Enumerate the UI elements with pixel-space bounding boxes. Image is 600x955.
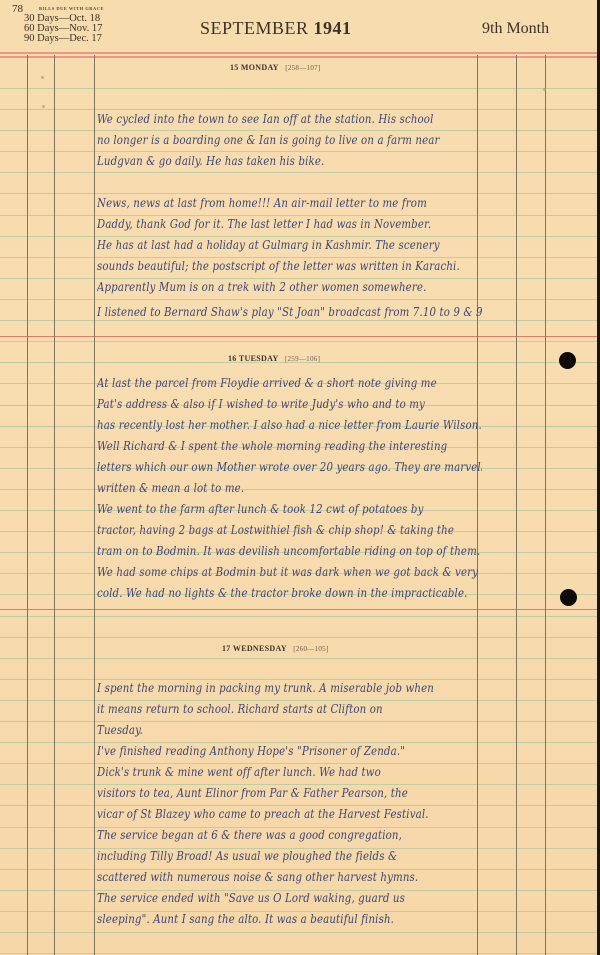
day-count: [258—107] <box>285 64 320 72</box>
entry-monday: We cycled into the town to see Ian off a… <box>97 111 482 325</box>
day-date: 16 <box>228 354 237 363</box>
binder-hole <box>560 589 577 606</box>
day-count: [260—105] <box>293 645 328 653</box>
day-count: [259—106] <box>285 355 320 363</box>
day-date: 15 <box>230 63 239 72</box>
day-weekday: TUESDAY <box>239 354 279 363</box>
paper-spot <box>42 105 45 108</box>
day-date: 17 <box>222 644 231 653</box>
month-number: 9th Month <box>482 20 549 38</box>
ruled-line <box>0 658 597 659</box>
header-rule-top <box>0 52 597 54</box>
ruled-line <box>0 953 597 954</box>
entry-line: cold. We had no lights & the tractor bro… <box>97 582 482 606</box>
year: 1941 <box>314 18 352 38</box>
column-rule <box>516 55 517 955</box>
entry-wednesday: I spent the morning in packing my trunk.… <box>97 680 482 932</box>
paper-spot <box>543 88 546 91</box>
day-weekday: WEDNESDAY <box>233 644 287 653</box>
day-header-monday: 15 MONDAY [258—107] <box>230 63 321 72</box>
header-rule-bottom <box>0 56 597 58</box>
day-divider-rule <box>0 336 597 337</box>
column-rule <box>54 55 55 955</box>
day-header-tuesday: 16 TUESDAY [259—106] <box>228 354 320 363</box>
ruled-line <box>0 932 597 933</box>
ruled-line <box>0 88 597 89</box>
page-number: 78 <box>12 3 23 15</box>
day-divider-rule <box>0 609 597 610</box>
entry-line: I listened to Bernard Shaw's play "St Jo… <box>97 301 482 325</box>
entry-line: sleeping". Aunt I sang the alto. It was … <box>97 908 482 932</box>
column-rule <box>27 55 28 955</box>
diary-page: 78 Bills due with grace 30 Days—Oct. 18 … <box>0 0 597 955</box>
margin-rule <box>94 55 95 955</box>
entry-tuesday: At last the parcel from Floydie arrived … <box>97 375 482 606</box>
ruled-line <box>0 637 597 638</box>
month-name: SEPTEMBER <box>200 18 309 38</box>
column-rule <box>545 55 546 955</box>
binder-hole <box>559 352 576 369</box>
paper-spot <box>41 76 44 79</box>
ruled-line <box>0 341 597 342</box>
ruled-line <box>0 616 597 617</box>
page-title: SEPTEMBER 1941 <box>200 18 352 39</box>
due-date-90: 90 Days—Dec. 17 <box>24 34 102 44</box>
entry-line: Apparently Mum is on a trek with 2 other… <box>97 276 482 300</box>
day-header-wednesday: 17 WEDNESDAY [260—105] <box>222 644 329 653</box>
day-weekday: MONDAY <box>241 63 279 72</box>
bills-due-title: Bills due with grace <box>39 6 104 11</box>
